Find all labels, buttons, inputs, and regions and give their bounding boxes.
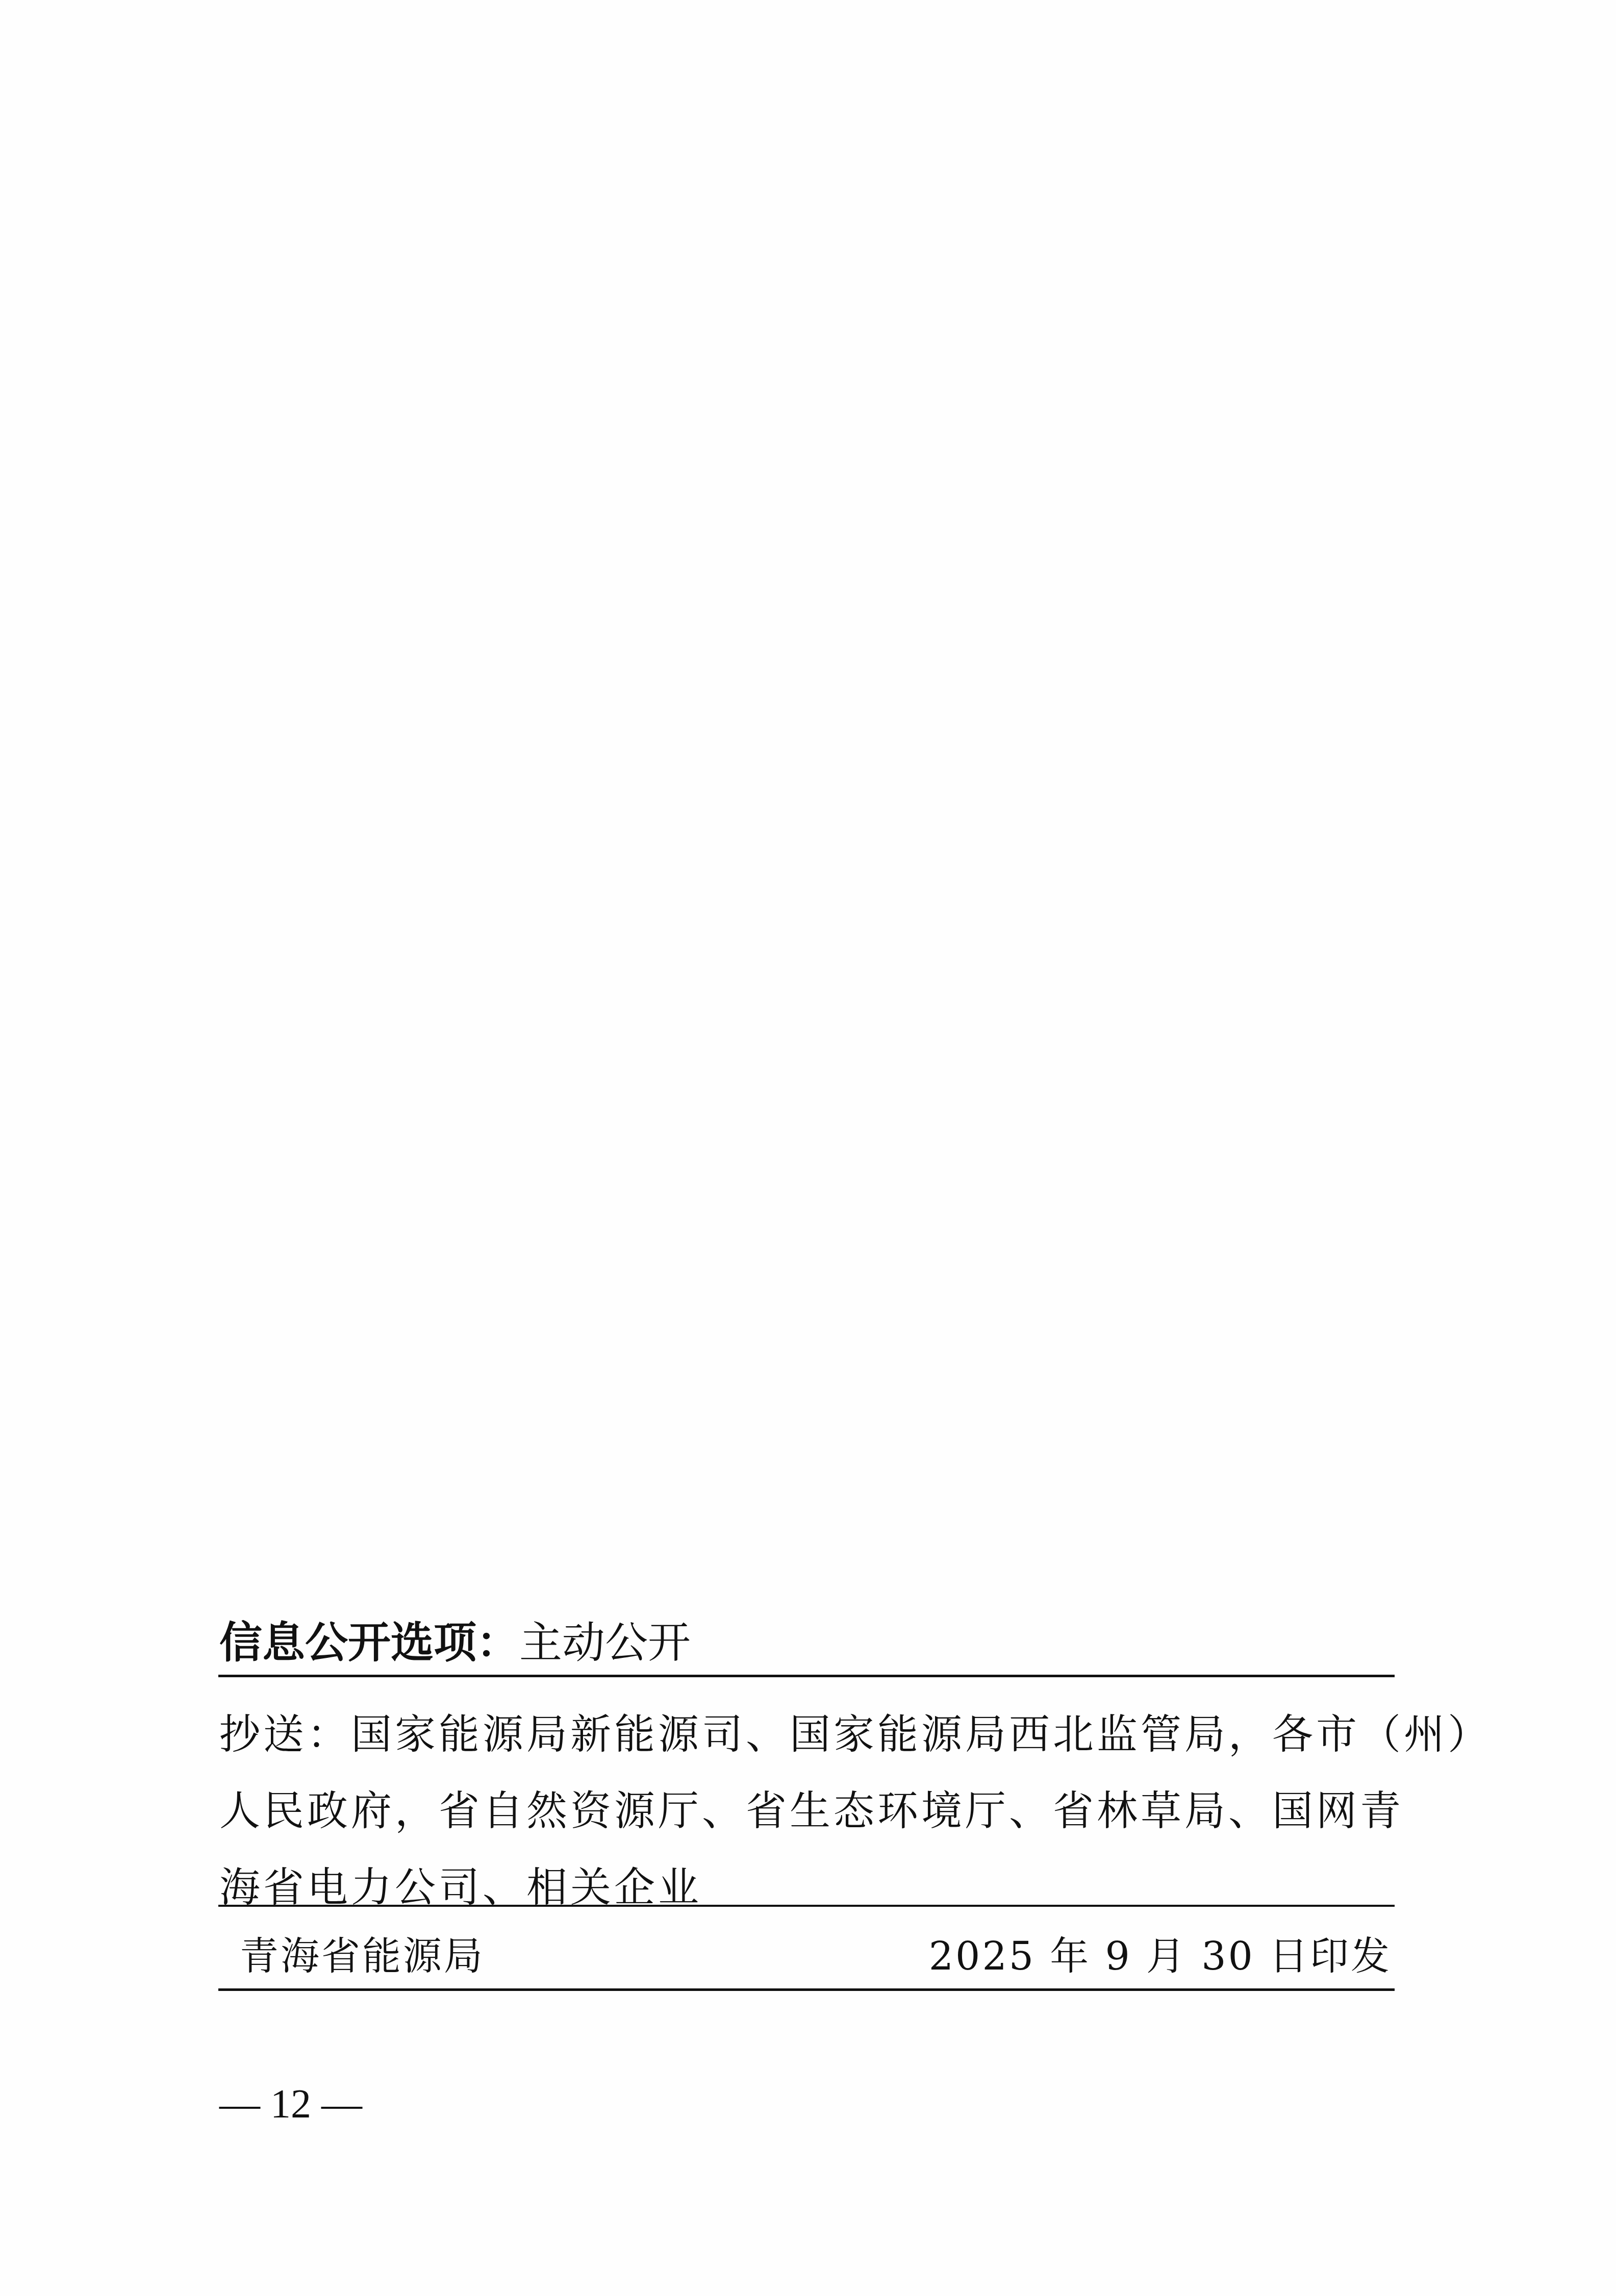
disclosure-option: 信息公开选项：主动公开 — [219, 1617, 691, 1668]
divider-middle — [218, 1905, 1395, 1907]
cc-line-1: 抄送：国家能源局新能源司、国家能源局西北监管局，各市（州） — [219, 1696, 1396, 1773]
divider-top — [218, 1675, 1395, 1677]
page-number: — 12 — — [219, 2079, 362, 2130]
document-page: 信息公开选项：主动公开 抄送：国家能源局新能源司、国家能源局西北监管局，各市（州… — [0, 0, 1616, 2296]
cc-recipients: 抄送：国家能源局新能源司、国家能源局西北监管局，各市（州） 人民政府，省自然资源… — [219, 1696, 1396, 1926]
disclosure-label: 信息公开选项： — [219, 1618, 519, 1668]
divider-bottom — [218, 1988, 1395, 1991]
disclosure-value: 主动公开 — [519, 1618, 691, 1668]
issuer-name: 青海省能源局 — [240, 1931, 485, 1982]
cc-line-3: 海省电力公司、相关企业 — [219, 1849, 1396, 1926]
issue-date: 2025 年 9 月 30 日印发 — [929, 1931, 1392, 1982]
cc-line-2: 人民政府，省自然资源厅、省生态环境厅、省林草局、国网青 — [219, 1773, 1396, 1849]
